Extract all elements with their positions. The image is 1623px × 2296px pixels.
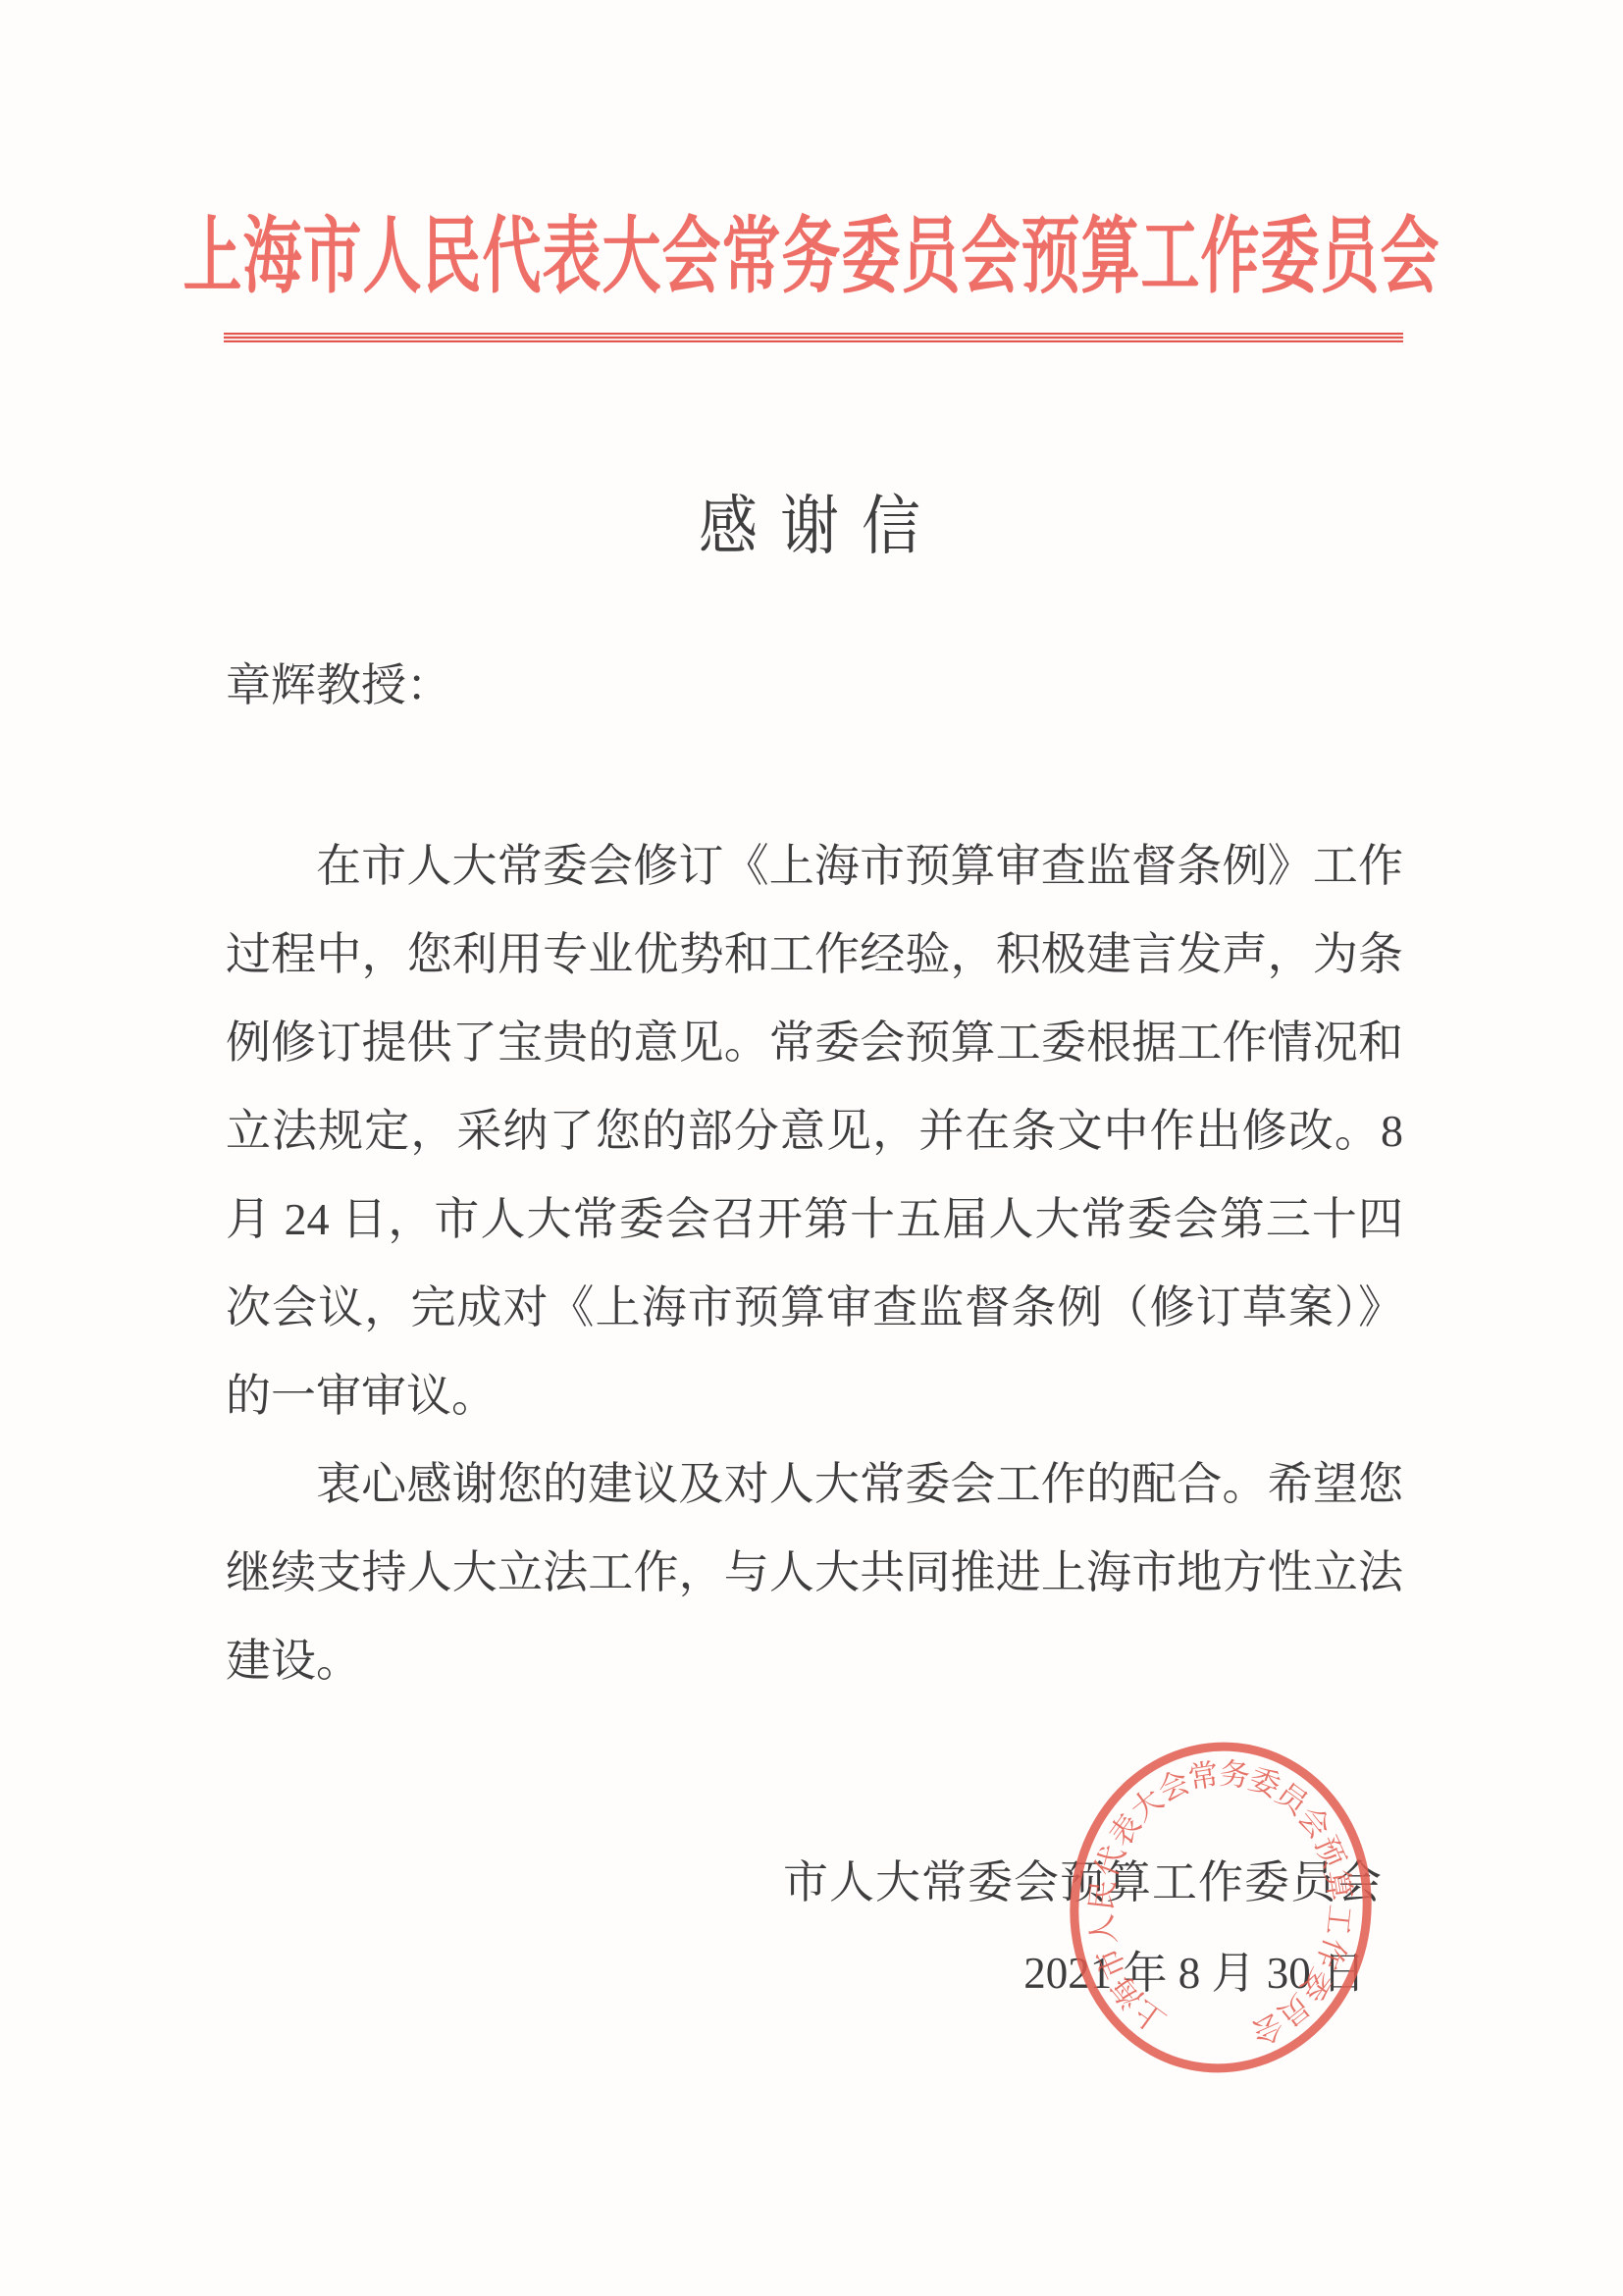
svg-text:员: 员 <box>1270 1776 1316 1823</box>
svg-text:委: 委 <box>1244 1761 1284 1804</box>
letter-body: 在市人大常委会修订《上海市预算审查监督条例》工作过程中，您利用专业优势和工作经验… <box>226 822 1403 1705</box>
svg-text:务: 务 <box>1218 1756 1251 1794</box>
signature-date: 2021 年 8 月 30 日 <box>0 1937 1366 2001</box>
salutation: 章辉教授： <box>226 650 451 714</box>
svg-text:常: 常 <box>1186 1756 1222 1795</box>
signature-committee: 市人大常委会预算工作委员会 <box>0 1847 1383 1911</box>
letter-page: 上海市人民代表大会常务委员会预算工作委员会 感 谢 信 章辉教授： 在市人大常委… <box>0 0 1623 2296</box>
svg-text:会: 会 <box>1153 1764 1195 1808</box>
paragraph-2: 衷心感谢您的建议及对人大常委会工作的配合。希望您继续支持人大立法工作，与人大共同… <box>226 1440 1403 1705</box>
letter-title: 感 谢 信 <box>0 475 1623 568</box>
letterhead-rule <box>224 333 1403 342</box>
svg-text:大: 大 <box>1125 1782 1170 1828</box>
letterhead-title: 上海市人民代表大会常务委员会预算工作委员会 <box>0 187 1623 327</box>
paragraph-1: 在市人大常委会修订《上海市预算审查监督条例》工作过程中，您利用专业优势和工作经验… <box>226 822 1403 1440</box>
svg-text:会: 会 <box>1291 1800 1337 1845</box>
svg-text:会: 会 <box>1247 2007 1289 2051</box>
